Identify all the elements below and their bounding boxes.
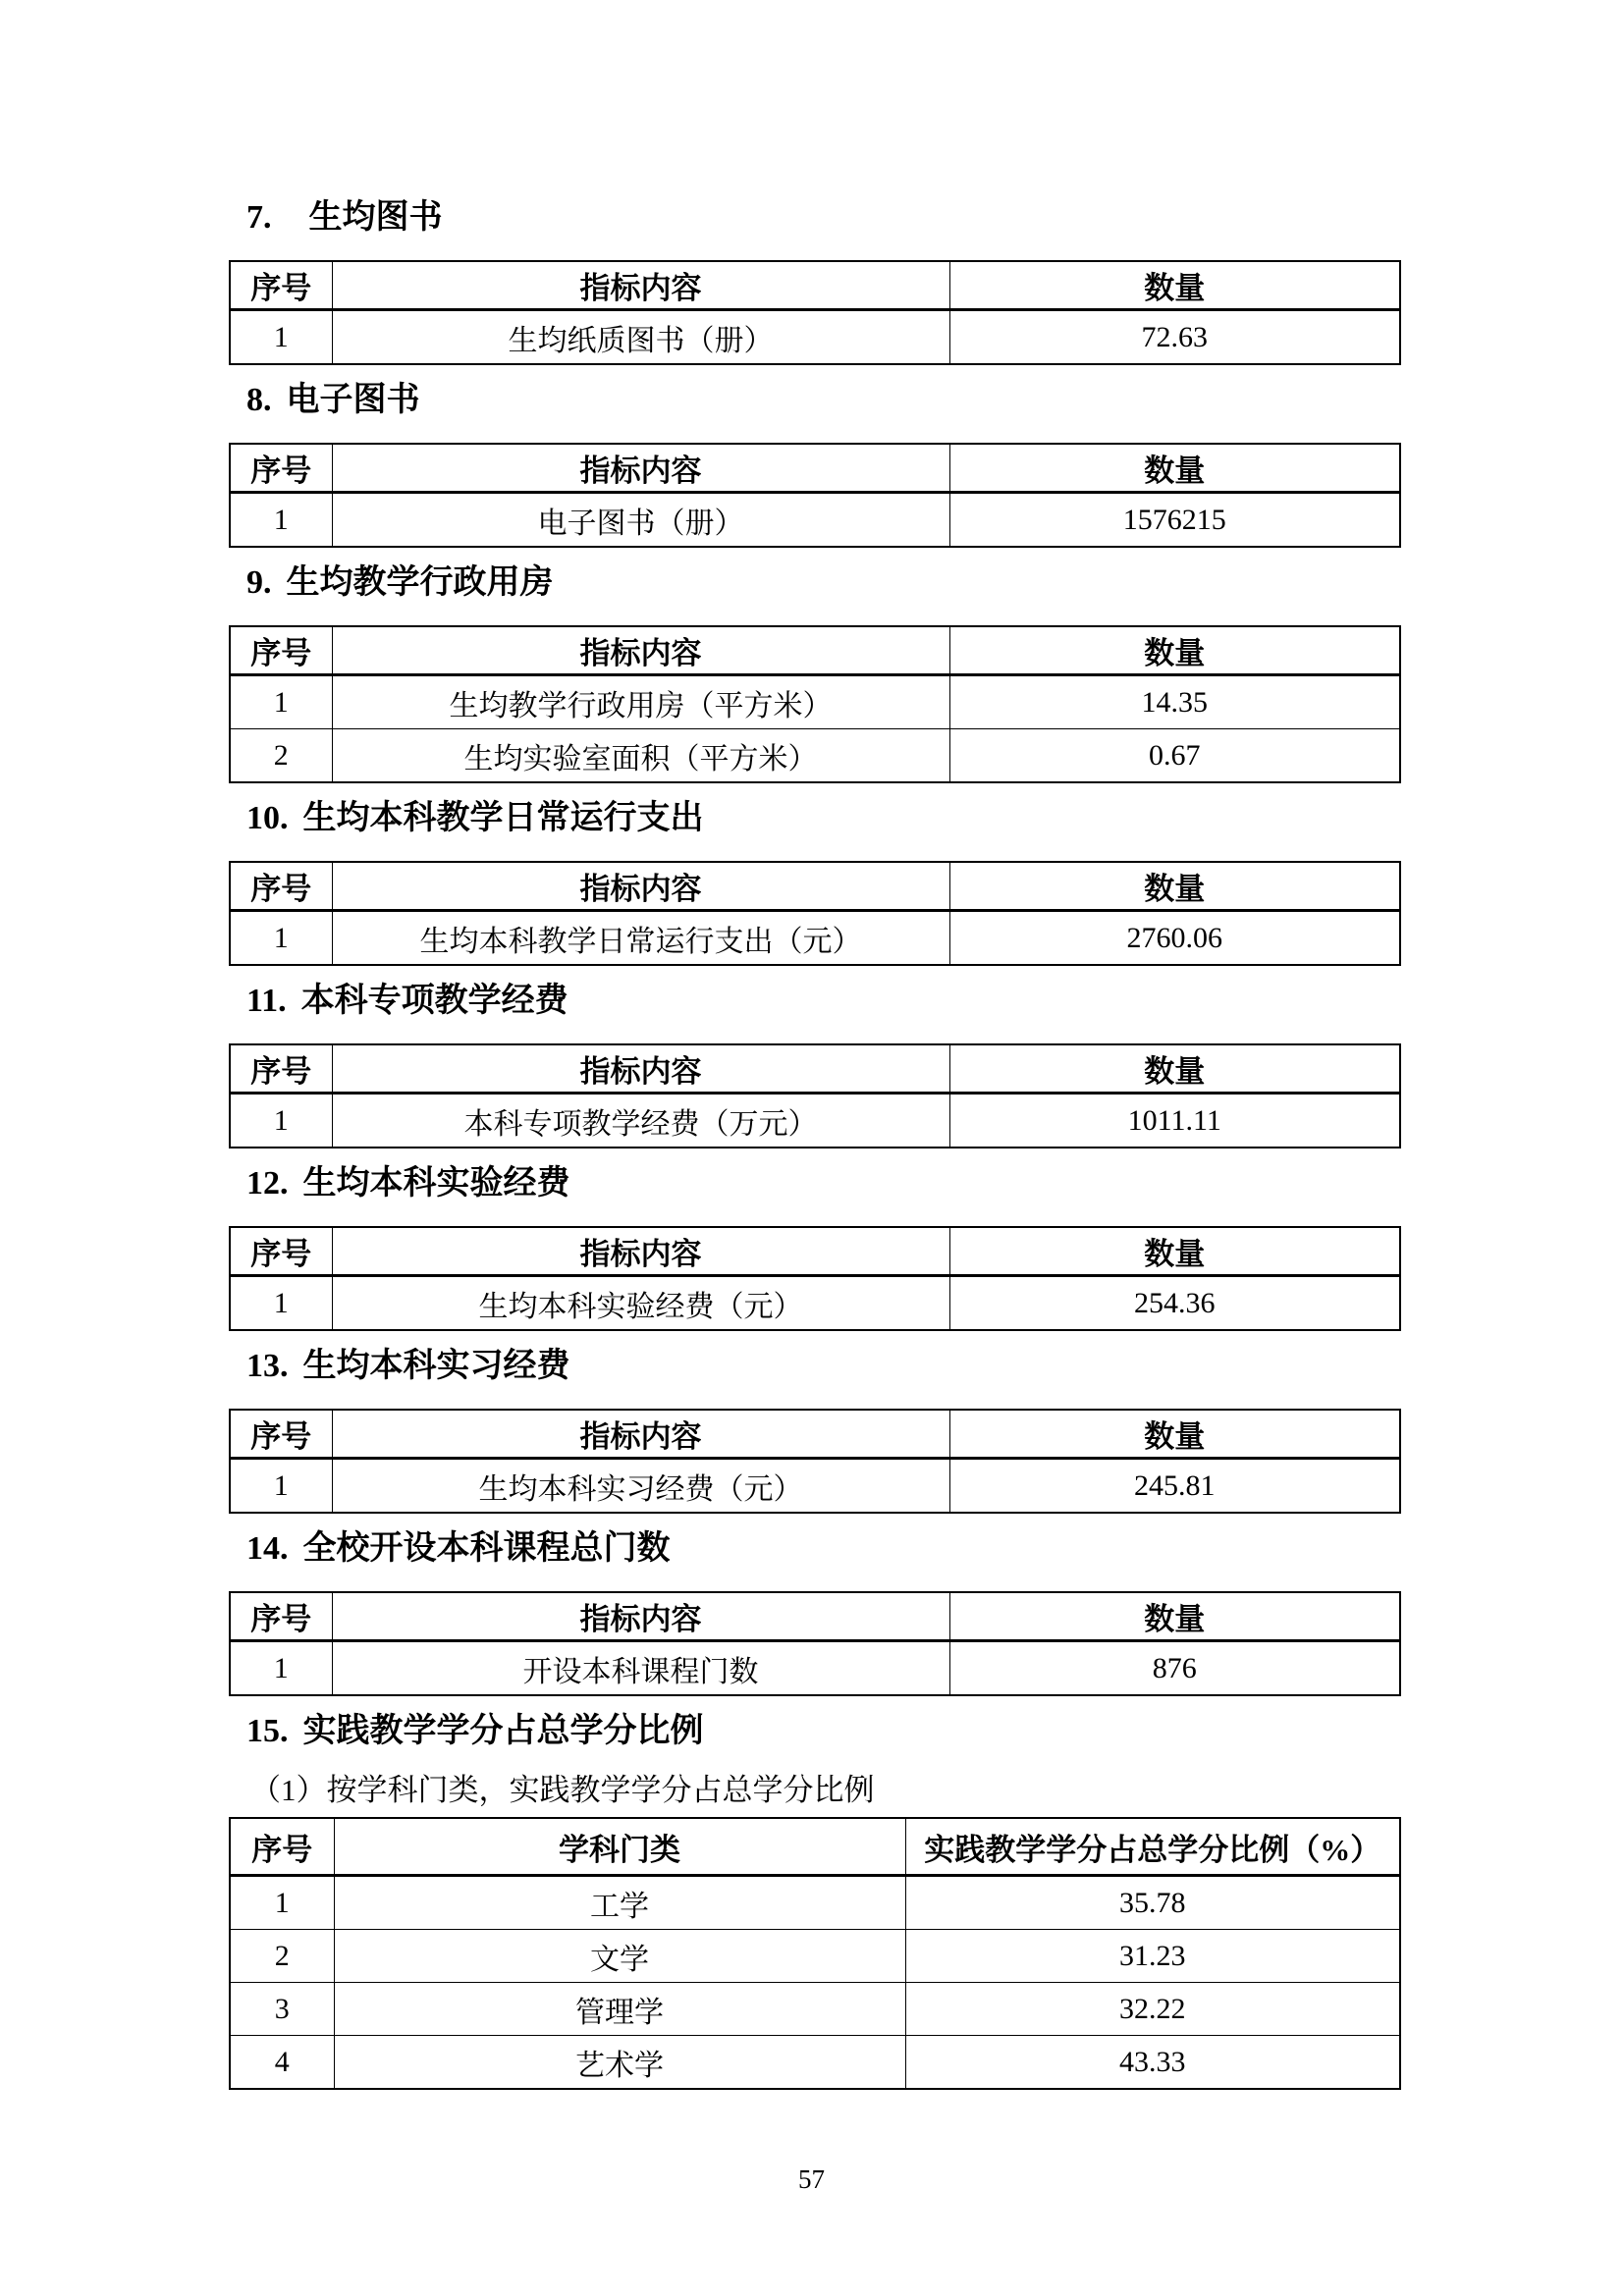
section-heading: 7.生均图书 [246,198,1399,238]
table-body: 1 开设本科课程门数 876 [230,1641,1400,1696]
table-cell: 管理学 [334,1983,905,2036]
section-heading: 14.全校开设本科课程总门数 [246,1529,1399,1569]
table-cell: 35.78 [905,1876,1400,1930]
column-header: 数量 [949,1227,1400,1276]
data-table: 序号 指标内容 数量 1 生均本科实验经费（元） 254.36 [229,1226,1401,1331]
header-row: 序号 指标内容 数量 [230,1410,1400,1459]
header-row: 序号 指标内容 数量 [230,626,1400,675]
table-cell: 1 [230,1094,332,1148]
table-cell: 工学 [334,1876,905,1930]
section-13: 13.生均本科实习经费 序号 指标内容 数量 1 生均本科实习经费（元） 245… [229,1347,1399,1514]
data-table: 序号 指标内容 数量 1 电子图书（册） 1576215 [229,443,1401,548]
section-number: 9. [246,564,272,601]
table-cell: 31.23 [905,1930,1400,1983]
section-number: 12. [246,1165,289,1201]
table-body: 1 生均本科实验经费（元） 254.36 [230,1276,1400,1331]
table-cell: 1 [230,310,332,365]
page-number: 57 [0,2163,1623,2195]
table-cell: 72.63 [949,310,1400,365]
table-cell: 生均教学行政用房（平方米） [332,675,949,729]
section-number: 8. [246,382,272,418]
column-header: 数量 [949,444,1400,493]
column-header: 指标内容 [332,626,949,675]
header-row: 序号 指标内容 数量 [230,862,1400,911]
table-row: 1 生均本科实验经费（元） 254.36 [230,1276,1400,1331]
column-header: 序号 [230,1044,332,1094]
data-table: 序号 指标内容 数量 1 生均纸质图书（册） 72.63 [229,260,1401,365]
section-heading: 11.本科专项教学经费 [246,982,1399,1021]
table-cell: 876 [949,1641,1400,1696]
column-header: 数量 [949,862,1400,911]
content-area: 7.生均图书 序号 指标内容 数量 1 生均纸质图书（册） 72.63 [229,198,1399,2106]
table-cell: 1 [230,911,332,966]
table-cell: 1 [230,675,332,729]
table-row: 1 生均本科实习经费（元） 245.81 [230,1459,1400,1514]
table-cell: 艺术学 [334,2036,905,2090]
section-7: 7.生均图书 序号 指标内容 数量 1 生均纸质图书（册） 72.63 [229,198,1399,365]
table-cell: 245.81 [949,1459,1400,1514]
section-title: 生均本科实习经费 [303,1348,570,1384]
table-cell: 本科专项教学经费（万元） [332,1094,949,1148]
section-12: 12.生均本科实验经费 序号 指标内容 数量 1 生均本科实验经费（元） 254… [229,1164,1399,1331]
table-body: 1 生均本科教学日常运行支出（元） 2760.06 [230,911,1400,966]
table-cell: 3 [230,1983,334,2036]
data-table: 序号 指标内容 数量 1 生均教学行政用房（平方米） 14.35 2 生均实验室… [229,625,1401,783]
section-heading: 13.生均本科实习经费 [246,1347,1399,1386]
table-cell: 2760.06 [949,911,1400,966]
section-9: 9.生均教学行政用房 序号 指标内容 数量 1 生均教学行政用房（平方米） 14… [229,563,1399,783]
table-cell: 2 [230,729,332,783]
column-header: 数量 [949,1592,1400,1641]
section-title: 生均本科实验经费 [303,1165,570,1201]
table-cell: 1011.11 [949,1094,1400,1148]
document-page: 7.生均图书 序号 指标内容 数量 1 生均纸质图书（册） 72.63 [0,0,1623,2296]
table-row: 1 开设本科课程门数 876 [230,1641,1400,1696]
table-cell: 32.22 [905,1983,1400,2036]
table-cell: 2 [230,1930,334,1983]
column-header: 指标内容 [332,261,949,310]
table-row: 1 生均纸质图书（册） 72.63 [230,310,1400,365]
table-row: 4 艺术学 43.33 [230,2036,1400,2090]
table-cell: 生均本科实验经费（元） [332,1276,949,1331]
table-row: 1 工学 35.78 [230,1876,1400,1930]
section-title: 实践教学学分占总学分比例 [303,1713,704,1749]
header-row: 序号 指标内容 数量 [230,444,1400,493]
section-15: 15.实践教学学分占总学分比例 （1）按学科门类，实践教学学分占总学分比例 序号… [229,1712,1399,2090]
table-body: 1 生均本科实习经费（元） 245.81 [230,1459,1400,1514]
section-title: 电子图书 [287,382,420,418]
table-row: 1 生均本科教学日常运行支出（元） 2760.06 [230,911,1400,966]
column-header: 序号 [230,1410,332,1459]
table-row: 3 管理学 32.22 [230,1983,1400,2036]
section-11: 11.本科专项教学经费 序号 指标内容 数量 1 本科专项教学经费（万元） 10… [229,982,1399,1148]
table-cell: 生均纸质图书（册） [332,310,949,365]
section-number: 7. [246,199,272,236]
section-number: 11. [246,983,287,1019]
table-body: 1 生均纸质图书（册） 72.63 [230,310,1400,365]
header-row: 序号 指标内容 数量 [230,1044,1400,1094]
table-cell: 生均本科实习经费（元） [332,1459,949,1514]
table-body: 1 工学 35.78 2 文学 31.23 3 管理学 32.22 4 艺术学 … [230,1876,1400,2090]
column-header: 数量 [949,1410,1400,1459]
column-header: 指标内容 [332,1410,949,1459]
column-header: 序号 [230,626,332,675]
column-header: 数量 [949,261,1400,310]
header-row: 序号 指标内容 数量 [230,1592,1400,1641]
table-row: 1 生均教学行政用房（平方米） 14.35 [230,675,1400,729]
column-header: 数量 [949,626,1400,675]
column-header: 指标内容 [332,1592,949,1641]
table-cell: 生均本科教学日常运行支出（元） [332,911,949,966]
section-number: 10. [246,800,289,836]
data-table: 序号 指标内容 数量 1 开设本科课程门数 876 [229,1591,1401,1696]
table-row: 2 生均实验室面积（平方米） 0.67 [230,729,1400,783]
table-cell: 1 [230,1641,332,1696]
table-cell: 14.35 [949,675,1400,729]
table-cell: 1 [230,493,332,548]
section-title: 生均本科教学日常运行支出 [303,800,704,836]
section-14: 14.全校开设本科课程总门数 序号 指标内容 数量 1 开设本科课程门数 876 [229,1529,1399,1696]
table-cell: 4 [230,2036,334,2090]
table-row: 1 电子图书（册） 1576215 [230,493,1400,548]
section-number: 14. [246,1530,289,1567]
section-heading: 9.生均教学行政用房 [246,563,1399,603]
column-header: 指标内容 [332,444,949,493]
section-title: 生均图书 [309,199,443,236]
column-header: 指标内容 [332,1227,949,1276]
section-heading: 8.电子图书 [246,381,1399,420]
header-row: 序号 学科门类 实践教学学分占总学分比例（%） [230,1818,1400,1876]
table-body: 1 电子图书（册） 1576215 [230,493,1400,548]
table-cell: 254.36 [949,1276,1400,1331]
column-header: 数量 [949,1044,1400,1094]
section-heading: 15.实践教学学分占总学分比例 [246,1712,1399,1751]
data-table: 序号 学科门类 实践教学学分占总学分比例（%） 1 工学 35.78 2 文学 … [229,1817,1401,2090]
column-header: 序号 [230,1818,334,1876]
section-number: 15. [246,1713,289,1749]
table-body: 1 本科专项教学经费（万元） 1011.11 [230,1094,1400,1148]
data-table: 序号 指标内容 数量 1 生均本科教学日常运行支出（元） 2760.06 [229,861,1401,966]
column-header: 序号 [230,261,332,310]
section-title: 生均教学行政用房 [287,564,554,601]
table-row: 1 本科专项教学经费（万元） 1011.11 [230,1094,1400,1148]
table-cell: 43.33 [905,2036,1400,2090]
column-header: 序号 [230,862,332,911]
table-cell: 1576215 [949,493,1400,548]
column-header: 学科门类 [334,1818,905,1876]
column-header: 指标内容 [332,862,949,911]
table-cell: 开设本科课程门数 [332,1641,949,1696]
table-cell: 1 [230,1276,332,1331]
column-header: 序号 [230,444,332,493]
table-cell: 0.67 [949,729,1400,783]
table-cell: 1 [230,1459,332,1514]
table-cell: 1 [230,1876,334,1930]
table-cell: 生均实验室面积（平方米） [332,729,949,783]
section-subtitle: （1）按学科门类，实践教学学分占总学分比例 [250,1774,1399,1807]
column-header: 实践教学学分占总学分比例（%） [905,1818,1400,1876]
table-cell: 文学 [334,1930,905,1983]
data-table: 序号 指标内容 数量 1 本科专项教学经费（万元） 1011.11 [229,1043,1401,1148]
section-heading: 12.生均本科实验经费 [246,1164,1399,1203]
section-8: 8.电子图书 序号 指标内容 数量 1 电子图书（册） 1576215 [229,381,1399,548]
table-cell: 电子图书（册） [332,493,949,548]
data-table: 序号 指标内容 数量 1 生均本科实习经费（元） 245.81 [229,1409,1401,1514]
section-title: 全校开设本科课程总门数 [303,1530,671,1567]
table-body: 1 生均教学行政用房（平方米） 14.35 2 生均实验室面积（平方米） 0.6… [230,675,1400,783]
section-heading: 10.生均本科教学日常运行支出 [246,799,1399,838]
column-header: 序号 [230,1227,332,1276]
section-title: 本科专项教学经费 [301,983,568,1019]
header-row: 序号 指标内容 数量 [230,1227,1400,1276]
column-header: 序号 [230,1592,332,1641]
header-row: 序号 指标内容 数量 [230,261,1400,310]
section-10: 10.生均本科教学日常运行支出 序号 指标内容 数量 1 生均本科教学日常运行支… [229,799,1399,966]
column-header: 指标内容 [332,1044,949,1094]
section-number: 13. [246,1348,289,1384]
table-row: 2 文学 31.23 [230,1930,1400,1983]
